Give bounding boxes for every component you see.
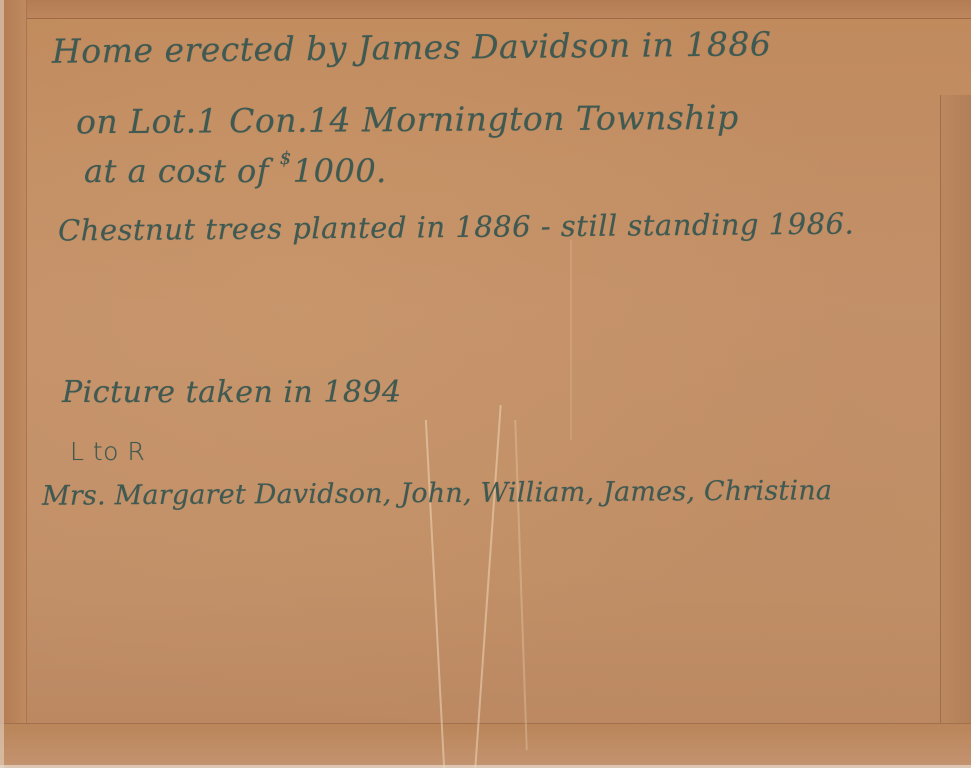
mount-top-edge: [0, 0, 971, 19]
paper-crease: [514, 420, 528, 750]
note-line-lot-concession: on Lot.1 Con.14 Mornington Township: [76, 98, 739, 142]
note-line-names: Mrs. Margaret Davidson, John, William, J…: [42, 475, 832, 512]
paper-crease: [474, 405, 501, 768]
mount-left-edge: [0, 0, 27, 768]
mount-right-edge: [940, 95, 971, 768]
paper-crease: [425, 420, 445, 768]
note-line-picture-taken: Picture taken in 1894: [62, 375, 402, 410]
cost-label: at a cost of: [84, 152, 269, 190]
mount-bottom-edge: [0, 723, 971, 768]
note-line-home-erected: Home erected by James Davidson in 1886: [52, 24, 772, 71]
note-line-cost: at a cost of $1000.: [84, 152, 387, 190]
note-line-left-to-right: L to R: [70, 437, 145, 466]
photo-back-card: Home erected by James Davidson in 1886 o…: [0, 0, 971, 768]
cost-amount: 1000.: [293, 152, 387, 190]
dollar-sign: $: [280, 148, 292, 169]
paper-crease: [570, 240, 572, 440]
card-outer-edge-left: [0, 0, 4, 768]
note-line-chestnut-trees: Chestnut trees planted in 1886 - still s…: [58, 207, 855, 248]
